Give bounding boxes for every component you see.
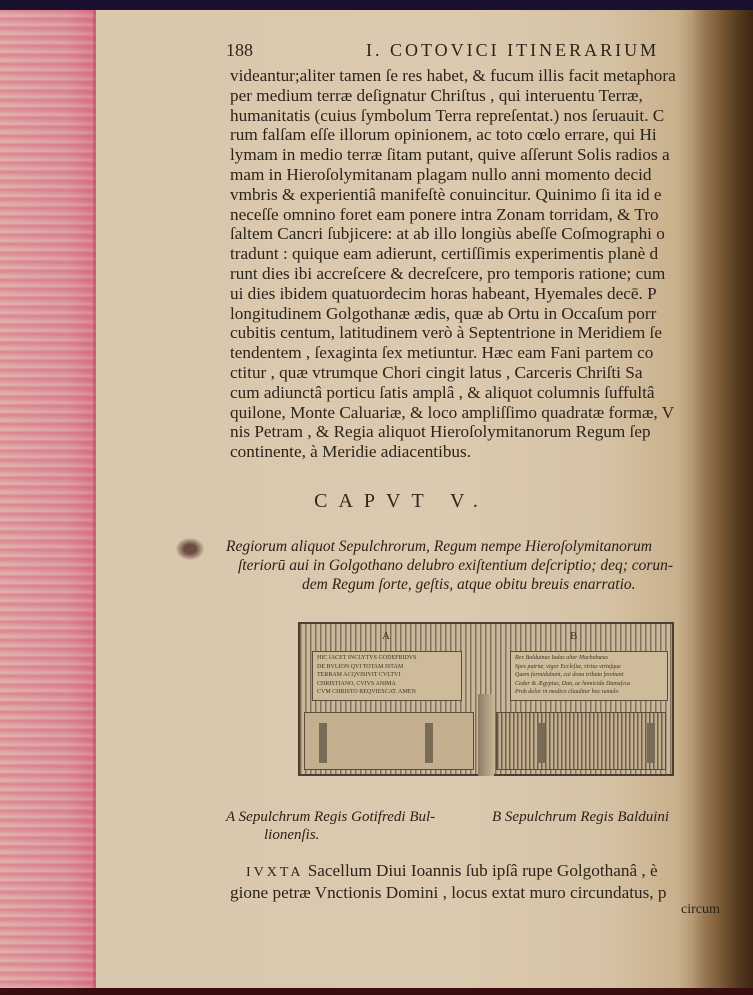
tomb-a-inscription: HIC IACET INCLYTVS GODEFRIDVS DE BVLION … — [312, 651, 462, 701]
text-line: ctitur , quæ vtrumque Chori cingit latus… — [230, 363, 750, 383]
text-line: continente, à Meridie adiacentibus. — [230, 442, 750, 462]
column — [537, 723, 545, 763]
tomb-b-inscription: Rex Balduinus Iudas alter Machabæus Spes… — [510, 651, 668, 701]
text-line: gione petræ Vnctionis Domini , locus ext… — [230, 883, 746, 903]
text-line: IVXTA Sacellum Diui Ioannis ſub ipſâ rup… — [246, 861, 746, 883]
caption-a: A Sepulchrum Regis Gotifredi Bul- — [226, 808, 435, 826]
plate-label-a: A — [382, 630, 390, 642]
caption-b-text: Sepulchrum Regis Balduini — [505, 809, 669, 825]
text-line: tradunt : quique eam adierunt, certiſſim… — [230, 244, 750, 264]
tomb-a-base — [304, 712, 474, 770]
page-header: 188 I. COTOVICI ITINERARIUM — [226, 40, 726, 64]
lead-words: IVXTA — [246, 865, 303, 880]
central-pillar — [478, 694, 494, 776]
inscription-line: Rex Balduinus Iudas alter Machabæus — [515, 654, 663, 663]
inscription-line: CVM CHRISTO REQVIESCAT. AMEN — [317, 688, 457, 697]
inscription-line: HIC IACET INCLYTVS GODEFRIDVS — [317, 654, 457, 663]
paragraph-iuxta: IVXTA Sacellum Diui Ioannis ſub ipſâ rup… — [246, 861, 746, 903]
text-line: videantur;aliter tamen ſe res habet, & f… — [230, 66, 750, 86]
scan-top-border — [0, 0, 753, 10]
column — [425, 723, 433, 763]
body-paragraph: videantur;aliter tamen ſe res habet, & f… — [230, 66, 750, 462]
caption-a-text: Sepulchrum Regis Gotifredi Bul- — [239, 809, 436, 825]
page-number: 188 — [226, 40, 253, 61]
column — [647, 723, 655, 763]
scan-bottom-border — [0, 988, 753, 995]
text-line: ſaltem Cancri ſubjicere: at ab illo long… — [230, 224, 750, 244]
text-line: humanitatis (cuius ſymbolum Terra repreſ… — [230, 106, 750, 126]
text-line: tendentem , ſexaginta ſex metiuntur. Hæc… — [230, 343, 750, 363]
text-line: cum adiunctâ porticu ſatis amplâ , & ali… — [230, 383, 750, 403]
text-line: rum falſam eſſe illorum opinionem, ac to… — [230, 125, 750, 145]
text-line: mam in Hieroſolymitanam plagam nullo ann… — [230, 165, 750, 185]
text-line: neceſſe omnino foret eam ponere intra Zo… — [230, 205, 750, 225]
text-line: quilone, Monte Caluariæ, & loco ampliſſi… — [230, 403, 750, 423]
tomb-b-base — [496, 712, 666, 770]
ink-stain — [176, 538, 204, 560]
text-line: lymam in medio terræ ſitam putant, quive… — [230, 145, 750, 165]
summary-line: ſteriorū aui in Golgothano delubro exiſt… — [226, 556, 746, 575]
text-line: runt dies ibi accreſcere & decreſcere, p… — [230, 264, 750, 284]
caption-b: B Sepulchrum Regis Balduini — [492, 808, 669, 826]
plate-label-b: B — [570, 630, 577, 642]
text-line: ui dies ibidem quatuordecim horas habean… — [230, 284, 750, 304]
inscription-line: Spes patriæ, vigor Eccleſiæ, virtus vtri… — [515, 663, 663, 672]
text-line: circum — [681, 900, 720, 920]
summary-line: dem Regum ſorte, geſtis, atque obitu bre… — [226, 575, 746, 594]
engraving-tombs-illustration: A B HIC IACET INCLYTVS GODEFRIDVS DE BVL… — [298, 622, 674, 776]
inscription-line: TERRAM ACQVISIVIT CVLTVI — [317, 671, 457, 680]
summary-line: Regiorum aliquot Sepulchrorum, Regum nem… — [226, 537, 746, 556]
chapter-summary: Regiorum aliquot Sepulchrorum, Regum nem… — [226, 537, 746, 594]
text-line: longitudinem Golgothanæ ædis, quæ ab Ort… — [230, 304, 750, 324]
text-line: per medium terræ deſignatur Chriſtus , q… — [230, 86, 750, 106]
text-line: vmbris & experientiâ manifeſtè conuincit… — [230, 185, 750, 205]
column — [319, 723, 327, 763]
inscription-line: Quem formidabant, cui dona tributa fereb… — [515, 671, 663, 680]
chapter-heading: CAPVT V. — [0, 490, 753, 513]
inscription-line: DE BVLION QVI TOTAM ISTAM — [317, 663, 457, 672]
caption-a-letter: A — [226, 809, 235, 825]
inscription-line: Proh dolor in modico clauditur hoc tumul… — [515, 688, 663, 697]
caption-b-letter: B — [492, 809, 501, 825]
inscription-line: Cedar & Ægyptus, Dan, ac homicida Damaſc… — [515, 680, 663, 689]
inscription-line: CHRISTIANO, CVIVS ANIMA — [317, 680, 457, 689]
running-head: I. COTOVICI ITINERARIUM — [366, 40, 659, 61]
caption-a-continued: lionenſis. — [264, 826, 319, 844]
text-line: cubitis centum, latitudinem verò à Septe… — [230, 323, 750, 343]
text-line: nis Petram , & Regia aliquot Hieroſolymi… — [230, 422, 750, 442]
line-rest: Sacellum Diui Ioannis ſub ipſâ rupe Golg… — [303, 861, 657, 880]
